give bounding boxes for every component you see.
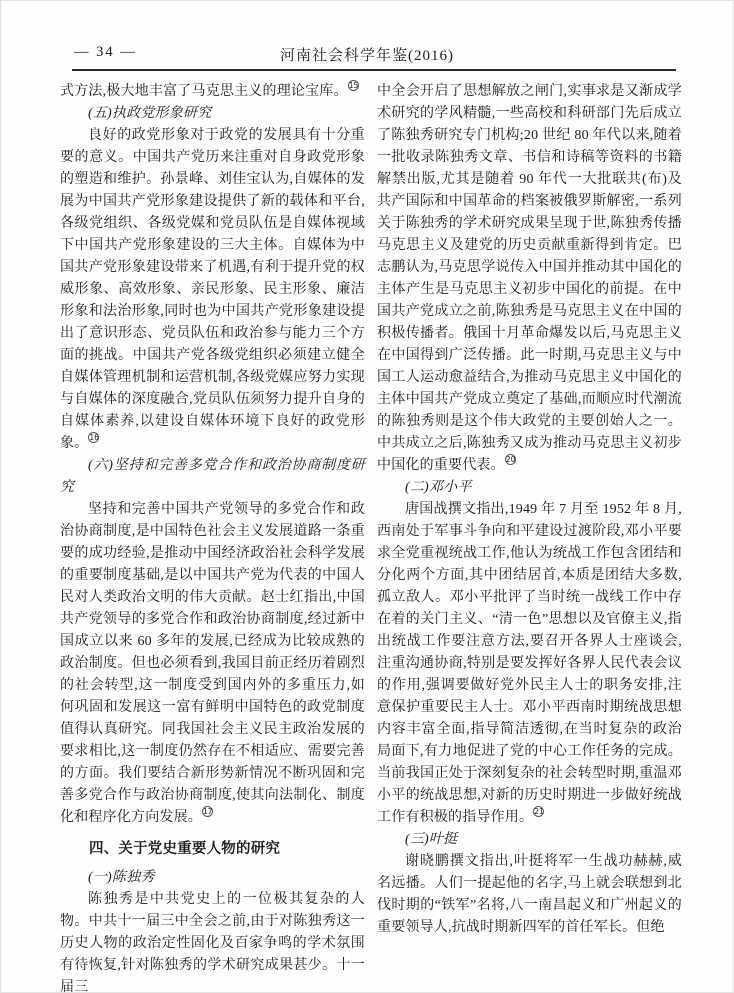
paragraph: 中全会开启了思想解放之闸门,实事求是又渐成学术研究的学风精髓,一些高校和科研部门…: [377, 81, 682, 477]
paragraph: 坚持和完善中国共产党领导的多党合作和政治协商制度,是中国特色社会主义发展道路一条…: [60, 499, 365, 829]
endnote-marker: 21: [533, 806, 544, 817]
header-rule: [72, 69, 676, 71]
scanned-book-page: — 34 — 河南社会科学年鉴(2016) 式方法,极大地丰富了马克思主义的理论…: [0, 0, 734, 993]
section-heading: 四、关于党史重要人物的研究: [60, 838, 365, 860]
paragraph: 式方法,极大地丰富了马克思主义的理论宝库。15: [60, 81, 365, 103]
subsection-heading: (一)陈独秀: [60, 867, 365, 889]
subsection-heading: (六)坚持和完善多党合作和政治协商制度研究: [60, 455, 365, 499]
paragraph-text: 良好的政党形象对于政党的发展具有十分重要的意义。中国共产党历来注重对自身政党形象…: [60, 128, 365, 451]
endnote-marker: 16: [88, 432, 99, 443]
paragraph-text: 中全会开启了思想解放之闸门,实事求是又渐成学术研究的学风精髓,一些高校和科研部门…: [377, 84, 682, 473]
paragraph: 唐国战撰文指出,1949 年 7 月至 1952 年 8 月,西南处于军事斗争向…: [377, 499, 682, 829]
endnote-marker: 17: [202, 806, 213, 817]
endnote-marker: 20: [505, 454, 516, 465]
page-number: — 34 —: [74, 44, 137, 61]
paragraph: 良好的政党形象对于政党的发展具有十分重要的意义。中国共产党历来注重对自身政党形象…: [60, 125, 365, 455]
paragraph: 陈独秀是中共党史上的一位极其复杂的人物。中共十一届三中全会之前,由于对陈独秀这一…: [60, 889, 365, 993]
paragraph-text: 式方法,极大地丰富了马克思主义的理论宝库。: [60, 84, 348, 99]
paragraph-text: 唐国战撰文指出,1949 年 7 月至 1952 年 8 月,西南处于军事斗争向…: [377, 502, 682, 825]
right-column: 中全会开启了思想解放之闸门,实事求是又渐成学术研究的学风精髓,一些高校和科研部门…: [377, 81, 682, 993]
subsection-heading: (三)叶挺: [377, 829, 682, 851]
endnote-marker: 15: [348, 80, 359, 91]
paragraph: 谢晓鹏撰文指出,叶挺将军一生战功赫赫,威名远播。人们一提起他的名字,马上就会联想…: [377, 851, 682, 939]
subsection-heading: (二)邓小平: [377, 477, 682, 499]
subsection-heading: (五)执政党形象研究: [60, 103, 365, 125]
page-body: 式方法,极大地丰富了马克思主义的理论宝库。15 (五)执政党形象研究 良好的政党…: [60, 81, 682, 993]
page-header: — 34 — 河南社会科学年鉴(2016): [0, 44, 734, 64]
paragraph-text: 坚持和完善中国共产党领导的多党合作和政治协商制度,是中国特色社会主义发展道路一条…: [60, 502, 365, 825]
left-column: 式方法,极大地丰富了马克思主义的理论宝库。15 (五)执政党形象研究 良好的政党…: [60, 81, 365, 993]
